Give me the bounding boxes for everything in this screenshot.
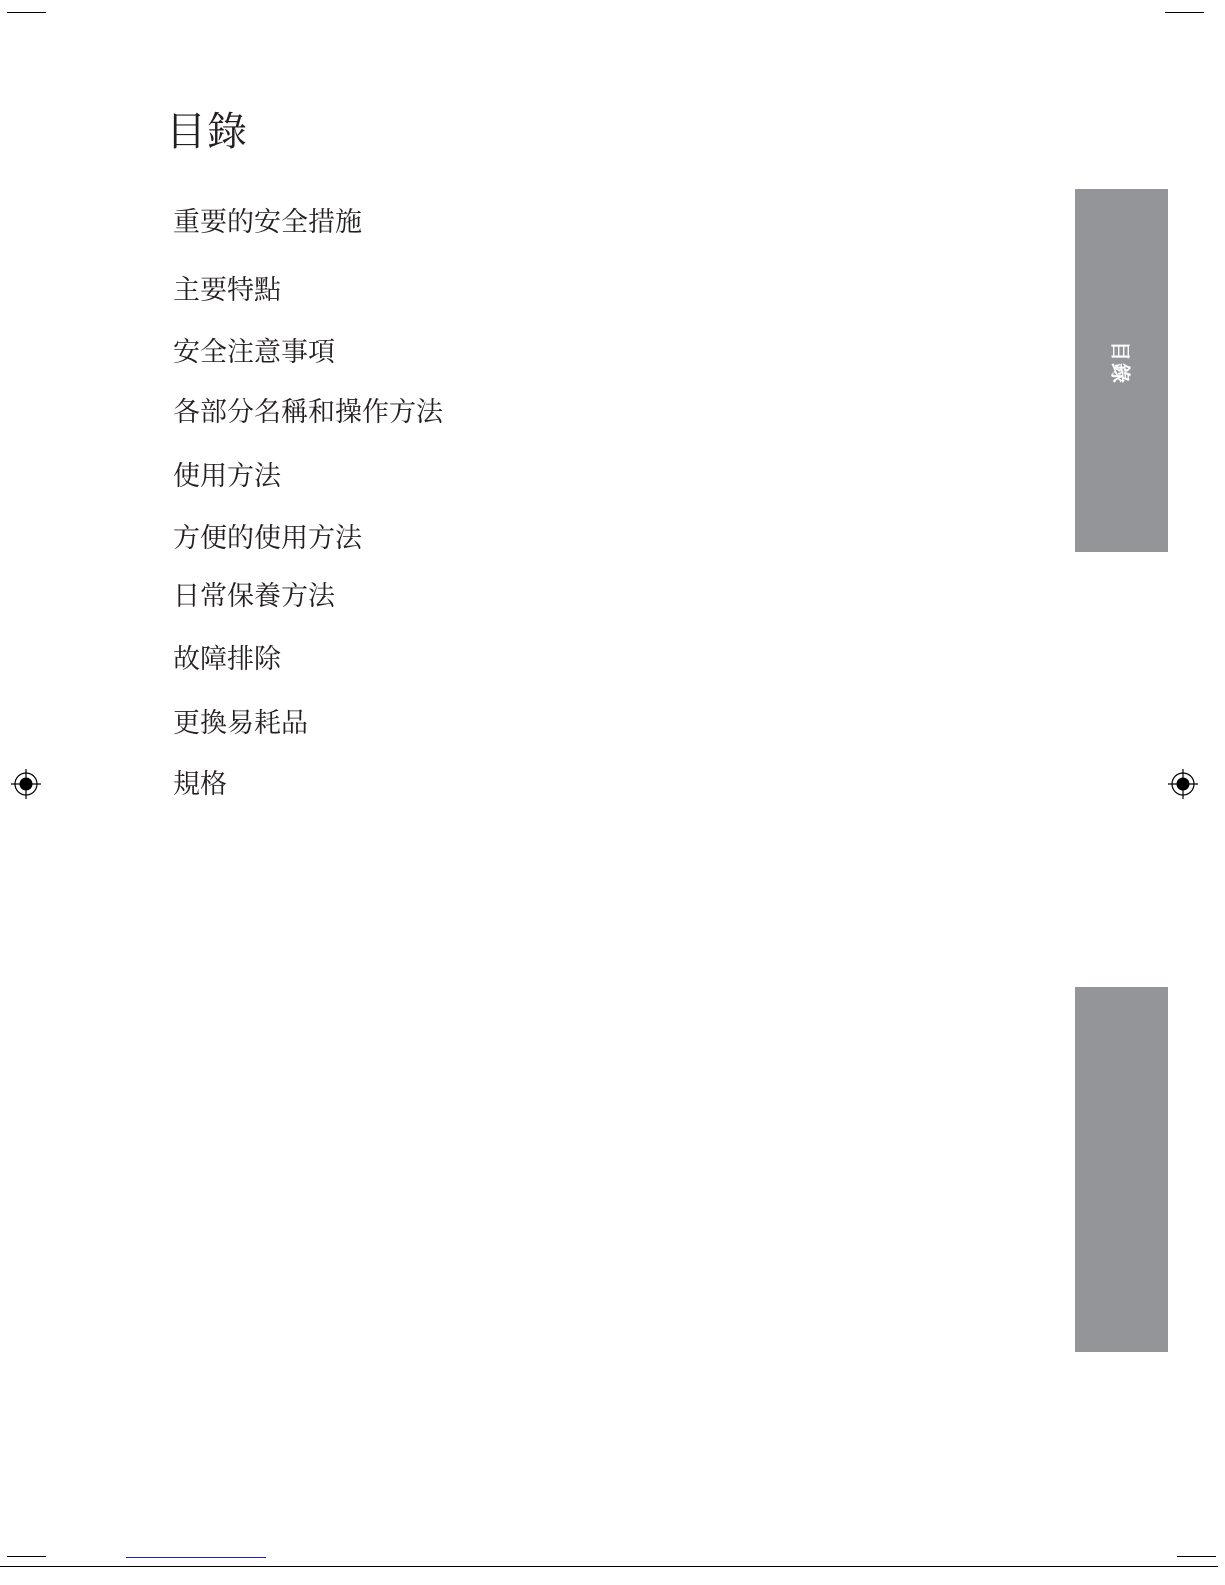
side-tab-label: 目錄 — [1107, 341, 1136, 385]
crop-mark-bottom-left — [7, 1556, 46, 1557]
toc-item-specifications[interactable]: 規格 — [173, 770, 227, 800]
toc-item-replace-consumables[interactable]: 更換易耗品 — [173, 709, 308, 739]
side-tab-contents[interactable]: 目錄 — [1075, 189, 1168, 552]
page-title: 目錄 — [166, 100, 248, 157]
toc-item-important-safety[interactable]: 重要的安全措施 — [173, 208, 362, 238]
side-tab-blank — [1075, 987, 1168, 1352]
toc-item-usage[interactable]: 使用方法 — [173, 462, 281, 492]
link-underline — [126, 1557, 266, 1558]
crop-mark-top-right — [1165, 12, 1204, 13]
toc-item-troubleshooting[interactable]: 故障排除 — [173, 645, 281, 675]
toc-item-safety-notes[interactable]: 安全注意事項 — [173, 338, 335, 368]
toc-item-daily-maintenance[interactable]: 日常保養方法 — [173, 582, 335, 612]
toc-item-main-features[interactable]: 主要特點 — [173, 276, 281, 306]
registration-mark-icon — [1168, 769, 1198, 799]
registration-mark-icon — [11, 769, 41, 799]
toc-item-convenient-usage[interactable]: 方便的使用方法 — [173, 524, 362, 554]
crop-mark-top-left — [7, 12, 46, 13]
page-bottom-rule — [0, 1566, 1218, 1567]
crop-mark-bottom-right — [1177, 1556, 1216, 1557]
toc-item-parts-and-operation[interactable]: 各部分名稱和操作方法 — [173, 398, 443, 428]
